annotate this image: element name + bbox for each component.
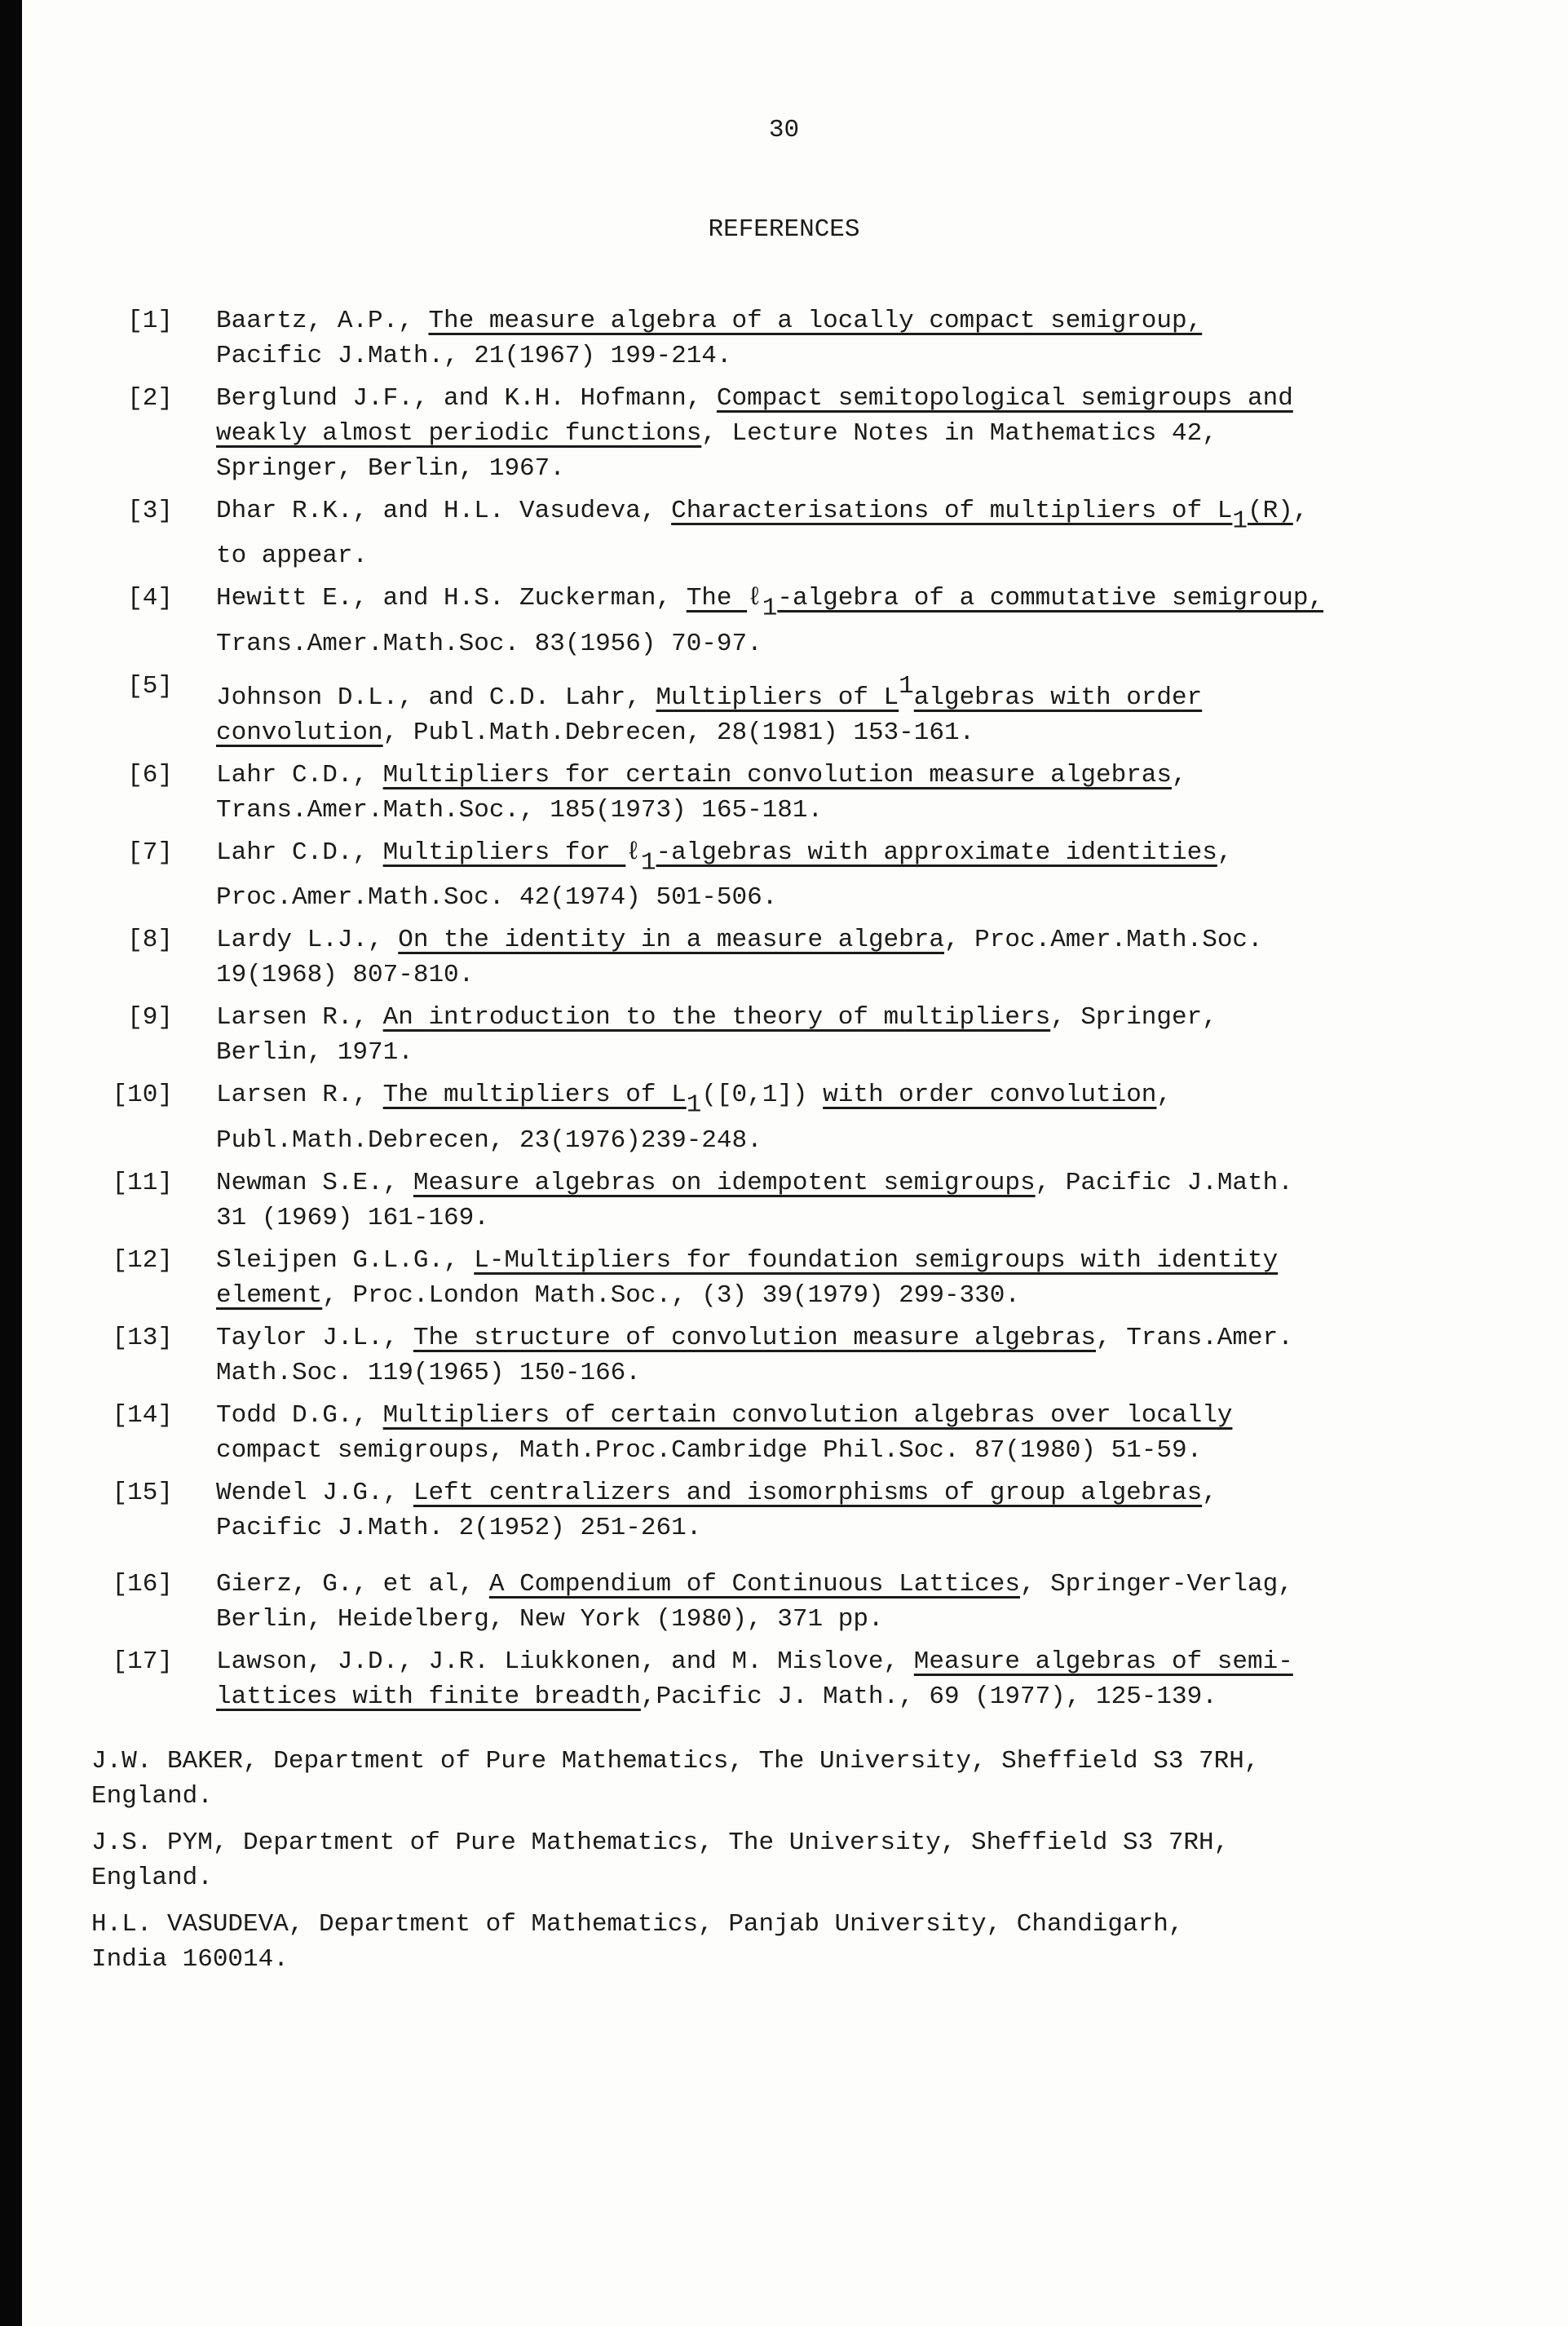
reference-body: Larsen R., An introduction to the theory… [216, 1000, 1568, 1070]
reference-text-segment: , Publ.Math.Debrecen, 28(1981) 153-161. [383, 719, 975, 747]
reference-title-segment: The structure of convolution measure alg… [413, 1324, 1096, 1352]
reference-title-segment: algebras with order [914, 683, 1202, 712]
reference-text-segment: Larsen R., [216, 1081, 383, 1109]
reference-text-segment: Math.Soc. 119(1965) 150-166. [216, 1359, 641, 1387]
reference-text-segment: Berglund J.F., and K.H. Hofmann, [216, 384, 717, 413]
reference-text-segment: 1 [1232, 506, 1248, 535]
reference-text-segment: Lawson, J.D., J.R. Liukkonen, and M. Mis… [216, 1647, 914, 1676]
reference-line: to appear. [216, 538, 1568, 573]
reference-label: [15] [0, 1475, 173, 1546]
reference-body: Todd D.G., Multipliers of certain convol… [216, 1398, 1568, 1468]
affiliation-line: H.L. VASUDEVA, Department of Mathematics… [91, 1907, 1568, 1942]
reference-title-segment: The multipliers of L [383, 1081, 687, 1109]
reference-label: [3] [0, 493, 173, 573]
reference-title-segment: A Compendium of Continuous Lattices [489, 1570, 1020, 1599]
reference-line: Publ.Math.Debrecen, 23(1976)239-248. [216, 1123, 1568, 1158]
reference-body: Gierz, G., et al, A Compendium of Contin… [216, 1567, 1568, 1637]
reference-item: [5]Johnson D.L., and C.D. Lahr, Multipli… [0, 669, 1568, 750]
reference-label: [6] [0, 758, 173, 828]
reference-title-segment: weakly almost periodic functions [216, 419, 701, 448]
reference-body: Wendel J.G., Left centralizers and isomo… [216, 1475, 1568, 1546]
reference-item: [14]Todd D.G., Multipliers of certain co… [0, 1398, 1568, 1468]
reference-body: Lahr C.D., Multipliers for ℓ1-algebras w… [216, 835, 1568, 915]
reference-title-segment: -algebras with approximate identities [656, 838, 1217, 867]
reference-text-segment: 31 (1969) 161-169. [216, 1204, 489, 1232]
reference-line: Berlin, Heidelberg, New York (1980), 371… [216, 1602, 1568, 1637]
reference-item: [8]Lardy L.J., On the identity in a meas… [0, 922, 1568, 993]
reference-body: Berglund J.F., and K.H. Hofmann, Compact… [216, 381, 1568, 486]
reference-body: Sleijpen G.L.G., L-Multipliers for found… [216, 1243, 1568, 1313]
affiliation-line: England. [91, 1779, 1568, 1814]
reference-text-segment: Gierz, G., et al, [216, 1570, 489, 1599]
reference-line: 31 (1969) 161-169. [216, 1201, 1568, 1236]
reference-text-segment: Newman S.E., [216, 1169, 413, 1197]
reference-line: Berlin, 1971. [216, 1035, 1568, 1070]
references-heading: REFERENCES [0, 212, 1568, 247]
reference-body: Taylor J.L., The structure of convolutio… [216, 1320, 1568, 1391]
reference-text-segment: , Lecture Notes in Mathematics 42, [701, 419, 1217, 448]
reference-item: [16]Gierz, G., et al, A Compendium of Co… [0, 1567, 1568, 1637]
reference-text-segment: Springer, Berlin, 1967. [216, 454, 565, 483]
reference-body: Larsen R., The multipliers of L1([0,1]) … [216, 1077, 1568, 1157]
reference-line: Pacific J.Math. 2(1952) 251-261. [216, 1510, 1568, 1546]
reference-text-segment: , [1156, 1081, 1172, 1109]
reference-text-segment: compact semigroups, Math.Proc.Cambridge … [216, 1436, 1202, 1465]
reference-line: compact semigroups, Math.Proc.Cambridge … [216, 1433, 1568, 1468]
reference-title-segment: L-Multipliers for foundation semigroups … [474, 1246, 1278, 1275]
reference-title-segment: -algebra of a commutative semigroup, [777, 584, 1323, 612]
affiliation-item: H.L. VASUDEVA, Department of Mathematics… [91, 1907, 1568, 1977]
reference-item: [7]Lahr C.D., Multipliers for ℓ1-algebra… [0, 835, 1568, 915]
reference-title-segment: lattices with finite breadth [216, 1683, 641, 1711]
reference-item: [9]Larsen R., An introduction to the the… [0, 1000, 1568, 1070]
reference-line: Trans.Amer.Math.Soc. 83(1956) 70-97. [216, 626, 1568, 661]
reference-line: Baartz, A.P., The measure algebra of a l… [216, 303, 1568, 338]
reference-text-segment: Publ.Math.Debrecen, 23(1976)239-248. [216, 1126, 762, 1155]
reference-text-segment: 1 [899, 672, 914, 701]
affiliations: J.W. BAKER, Department of Pure Mathemati… [91, 1744, 1568, 1977]
reference-item: [3]Dhar R.K., and H.L. Vasudeva, Charact… [0, 493, 1568, 573]
reference-item: [2]Berglund J.F., and K.H. Hofmann, Comp… [0, 381, 1568, 486]
reference-title-segment: The measure algebra of a locally compact… [428, 307, 1202, 335]
reference-label: [11] [0, 1165, 173, 1236]
reference-item: [10]Larsen R., The multipliers of L1([0,… [0, 1077, 1568, 1157]
reference-line: Newman S.E., Measure algebras on idempot… [216, 1165, 1568, 1201]
reference-text-segment: , [1202, 1479, 1217, 1507]
reference-text-segment: , Proc.London Math.Soc., (3) 39(1979) 29… [322, 1281, 1020, 1310]
reference-label: [12] [0, 1243, 173, 1313]
reference-text-segment: , Trans.Amer. [1096, 1324, 1293, 1352]
reference-text-segment: Pacific J.Math., 21(1967) 199-214. [216, 342, 732, 370]
reference-title-segment: convolution [216, 719, 383, 747]
reference-text-segment: Lardy L.J., [216, 926, 398, 954]
reference-body: Lawson, J.D., J.R. Liukkonen, and M. Mis… [216, 1644, 1568, 1714]
reference-text-segment: ℓ [625, 838, 641, 867]
reference-title-segment: Characterisations of multipliers of L [671, 497, 1232, 525]
affiliation-item: J.W. BAKER, Department of Pure Mathemati… [91, 1744, 1568, 1814]
reference-text-segment: to appear. [216, 542, 368, 570]
reference-text-segment: Hewitt E., and H.S. Zuckerman, [216, 584, 687, 612]
reference-label: [5] [0, 669, 173, 750]
reference-text-segment: ([0,1]) [701, 1081, 823, 1109]
reference-text-segment: Berlin, Heidelberg, New York (1980), 371… [216, 1605, 884, 1634]
reference-text-segment: , Proc.Amer.Math.Soc. [944, 926, 1263, 954]
reference-line: convolution, Publ.Math.Debrecen, 28(1981… [216, 715, 1568, 750]
reference-text-segment: Todd D.G., [216, 1401, 383, 1430]
reference-text-segment: Johnson D.L., and C.D. Lahr, [216, 683, 656, 712]
reference-text-segment: , Pacific J.Math. [1036, 1169, 1293, 1197]
reference-line: Lahr C.D., Multipliers for certain convo… [216, 758, 1568, 793]
reference-item: [13]Taylor J.L., The structure of convol… [0, 1320, 1568, 1391]
reference-line: Math.Soc. 119(1965) 150-166. [216, 1355, 1568, 1391]
reference-text-segment: Sleijpen G.L.G., [216, 1246, 474, 1275]
reference-label: [14] [0, 1398, 173, 1468]
reference-label: [1] [0, 303, 173, 374]
page-number: 30 [0, 113, 1568, 148]
reference-body: Hewitt E., and H.S. Zuckerman, The ℓ1-al… [216, 581, 1568, 661]
reference-text-segment: Baartz, A.P., [216, 307, 428, 335]
reference-line: Sleijpen G.L.G., L-Multipliers for found… [216, 1243, 1568, 1278]
reference-label: [10] [0, 1077, 173, 1157]
reference-text-segment: 1 [687, 1091, 702, 1120]
reference-item: [12]Sleijpen G.L.G., L-Multipliers for f… [0, 1243, 1568, 1313]
reference-title-segment: Multipliers of certain convolution algeb… [383, 1401, 1233, 1430]
reference-label: [17] [0, 1644, 173, 1714]
reference-text-segment: Berlin, 1971. [216, 1038, 413, 1067]
affiliation-line: J.W. BAKER, Department of Pure Mathemati… [91, 1744, 1568, 1779]
reference-body: Baartz, A.P., The measure algebra of a l… [216, 303, 1568, 374]
reference-line: Gierz, G., et al, A Compendium of Contin… [216, 1567, 1568, 1602]
reference-item: [17]Lawson, J.D., J.R. Liukkonen, and M.… [0, 1644, 1568, 1714]
reference-label: [7] [0, 835, 173, 915]
reference-text-segment: Trans.Amer.Math.Soc. 83(1956) 70-97. [216, 630, 762, 658]
reference-title-segment: An introduction to the theory of multipl… [383, 1003, 1051, 1032]
reference-item: [15]Wendel J.G., Left centralizers and i… [0, 1475, 1568, 1546]
page-content: [1]Baartz, A.P., The measure algebra of … [0, 303, 1568, 1988]
affiliation-line: India 160014. [91, 1942, 1568, 1977]
reference-body: Newman S.E., Measure algebras on idempot… [216, 1165, 1568, 1236]
reference-line: Trans.Amer.Math.Soc., 185(1973) 165-181. [216, 793, 1568, 828]
reference-line: Dhar R.K., and H.L. Vasudeva, Characteri… [216, 493, 1568, 538]
reference-text-segment: , [1217, 838, 1233, 867]
reference-title-segment: Left centralizers and isomorphisms of gr… [413, 1479, 1202, 1507]
reference-line: Lahr C.D., Multipliers for ℓ1-algebras w… [216, 835, 1568, 880]
reference-text-segment: 1 [641, 848, 656, 877]
reference-body: Dhar R.K., and H.L. Vasudeva, Characteri… [216, 493, 1568, 573]
reference-text-segment: 1 [762, 595, 778, 623]
reference-line: Todd D.G., Multipliers of certain convol… [216, 1398, 1568, 1433]
reference-text-segment: Proc.Amer.Math.Soc. 42(1974) 501-506. [216, 883, 777, 912]
affiliation-item: J.S. PYM, Department of Pure Mathematics… [91, 1825, 1568, 1895]
reference-line: Berglund J.F., and K.H. Hofmann, Compact… [216, 381, 1568, 416]
reference-item: [11]Newman S.E., Measure algebras on ide… [0, 1165, 1568, 1236]
reference-list: [1]Baartz, A.P., The measure algebra of … [0, 303, 1568, 1714]
reference-title-segment: (R) [1248, 497, 1293, 525]
reference-line: Hewitt E., and H.S. Zuckerman, The ℓ1-al… [216, 581, 1568, 626]
reference-title-segment: Compact semitopological semigroups and [717, 384, 1293, 413]
reference-item: [4]Hewitt E., and H.S. Zuckerman, The ℓ1… [0, 581, 1568, 661]
reference-text-segment: , Springer-Verlag, [1020, 1570, 1293, 1599]
reference-label: [2] [0, 381, 173, 486]
affiliation-line: J.S. PYM, Department of Pure Mathematics… [91, 1825, 1568, 1860]
reference-text-segment: , [1172, 761, 1187, 789]
reference-text-segment: Lahr C.D., [216, 761, 383, 789]
reference-text-segment: , Springer, [1050, 1003, 1217, 1032]
reference-line: 19(1968) 807-810. [216, 957, 1568, 993]
reference-title-segment: On the identity in a measure algebra [398, 926, 944, 954]
reference-line: Proc.Amer.Math.Soc. 42(1974) 501-506. [216, 880, 1568, 915]
reference-title-segment: element [216, 1281, 322, 1310]
reference-title-segment: Multipliers for certain convolution meas… [383, 761, 1172, 789]
reference-title-segment: Measure algebras on idempotent semigroup… [413, 1169, 1036, 1197]
reference-line: Springer, Berlin, 1967. [216, 451, 1568, 486]
reference-line: Pacific J.Math., 21(1967) 199-214. [216, 338, 1568, 374]
reference-label: [4] [0, 581, 173, 661]
reference-text-segment: Dhar R.K., and H.L. Vasudeva, [216, 497, 671, 525]
reference-line: Larsen R., The multipliers of L1([0,1]) … [216, 1077, 1568, 1122]
reference-line: Larsen R., An introduction to the theory… [216, 1000, 1568, 1035]
reference-title-segment: with order convolution [823, 1081, 1156, 1109]
reference-text-segment: Taylor J.L., [216, 1324, 413, 1352]
reference-title-segment: The [687, 584, 747, 612]
reference-text-segment: 19(1968) 807-810. [216, 961, 474, 989]
reference-text-segment: Trans.Amer.Math.Soc., 185(1973) 165-181. [216, 796, 823, 825]
reference-line: Wendel J.G., Left centralizers and isomo… [216, 1475, 1568, 1510]
reference-line: Taylor J.L., The structure of convolutio… [216, 1320, 1568, 1355]
reference-body: Lardy L.J., On the identity in a measure… [216, 922, 1568, 993]
reference-body: Johnson D.L., and C.D. Lahr, Multipliers… [216, 669, 1568, 750]
reference-label: [9] [0, 1000, 173, 1070]
reference-line: Johnson D.L., and C.D. Lahr, Multipliers… [216, 669, 1568, 715]
reference-label: [16] [0, 1567, 173, 1637]
reference-text-segment: ℓ [747, 584, 762, 612]
reference-text-segment: Lahr C.D., [216, 838, 383, 867]
reference-text-segment: Wendel J.G., [216, 1479, 413, 1507]
reference-text-segment: , [1293, 497, 1309, 525]
reference-text-segment: ,Pacific J. Math., 69 (1977), 125-139. [641, 1683, 1217, 1711]
affiliation-line: England. [91, 1860, 1568, 1895]
reference-title-segment: Multipliers for [383, 838, 626, 867]
reference-line: weakly almost periodic functions, Lectur… [216, 416, 1568, 451]
reference-label: [13] [0, 1320, 173, 1391]
reference-label: [8] [0, 922, 173, 993]
reference-line: lattices with finite breadth,Pacific J. … [216, 1679, 1568, 1714]
reference-body: Lahr C.D., Multipliers for certain convo… [216, 758, 1568, 828]
reference-text-segment: Pacific J.Math. 2(1952) 251-261. [216, 1514, 701, 1542]
reference-line: element, Proc.London Math.Soc., (3) 39(1… [216, 1278, 1568, 1313]
reference-item: [6]Lahr C.D., Multipliers for certain co… [0, 758, 1568, 828]
reference-title-segment: Multipliers of L [656, 683, 899, 712]
reference-line: Lardy L.J., On the identity in a measure… [216, 922, 1568, 957]
reference-line: Lawson, J.D., J.R. Liukkonen, and M. Mis… [216, 1644, 1568, 1679]
reference-title-segment: Measure algebras of semi- [914, 1647, 1293, 1676]
reference-item: [1]Baartz, A.P., The measure algebra of … [0, 303, 1568, 374]
reference-text-segment: Larsen R., [216, 1003, 383, 1032]
